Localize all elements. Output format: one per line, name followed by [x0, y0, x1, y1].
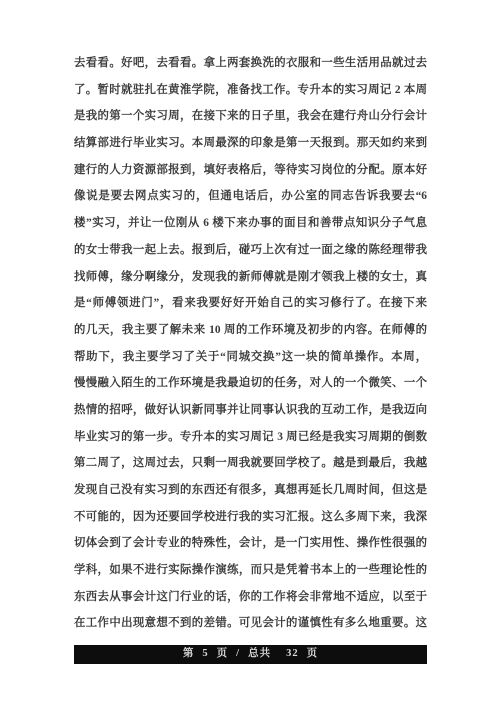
text-line: 慢慢融入陌生的工作环境是我最迫切的任务，对人的一个微笑、一个	[74, 370, 427, 397]
text-line: 帮助下，我主要学习了关于“同城交换”这一块的简单操作。本周，	[74, 344, 427, 371]
text-line: 是我的第一个实习周，在接下来的日子里，我会在建行舟山分行会计	[74, 103, 427, 130]
text-line: 不可能的，因为还要回学校进行我的实习汇报。这么多周下来，我深	[74, 504, 427, 531]
text-line: 东西去从事会计这门行业的话，你的工作将会非常地不适应，以至于	[74, 584, 427, 611]
text-line: 是“师傅领进门”，看来我要好好开始自己的实习修行了。在接下来	[74, 290, 427, 317]
text-line: 的女士带我一起上去。报到后，碰巧上次有过一面之缘的陈经理带我	[74, 237, 427, 264]
text-line: 毕业实习的第一步。专升本的实习周记 3 周已经是我实习周期的倒数	[74, 424, 427, 451]
page-separator: /	[236, 649, 240, 660]
text-line: 去看看。好吧，去看看。拿上两套换洗的衣服和一些生活用品就过去	[74, 50, 427, 77]
total-label: 总共	[248, 649, 271, 660]
text-line: 找师傅，缘分啊缘分，发现我的新师傅就是刚才领我上楼的女士，真	[74, 264, 427, 291]
text-line: 发现自己没有实习到的东西还有很多，真想再延长几周时间，但这是	[74, 477, 427, 504]
page-prefix-label: 第	[183, 649, 195, 660]
total-page-number: 32	[286, 649, 299, 660]
text-line: 了。暂时就驻扎在黄淮学院，准备找工作。专升本的实习周记 2 本周	[74, 77, 427, 104]
text-line: 的几天，我主要了解未来 10 周的工作环境及初步的内容。在师傅的	[74, 317, 427, 344]
current-page-number: 5	[202, 649, 208, 660]
page-number-bar: 第 5 页 / 总共 32 页	[74, 645, 427, 664]
text-line: 切体会到了会计专业的特殊性，会计，是一门实用性、操作性很强的	[74, 530, 427, 557]
document-page: 去看看。好吧，去看看。拿上两套换洗的衣服和一些生活用品就过去了。暂时就驻扎在黄淮…	[0, 0, 500, 707]
text-line: 结算部进行毕业实习。本周最深的印象是第一天报到。那天如约来到	[74, 130, 427, 157]
text-line: 楼”实习，并让一位刚从 6 楼下来办事的面目和善带点知识分子气息	[74, 210, 427, 237]
text-line: 在工作中出现意想不到的差错。可见会计的谨慎性有多么地重要。这	[74, 610, 427, 637]
text-line: 建行的人力资源部报到，填好表格后，等待实习岗位的分配。原本好	[74, 157, 427, 184]
text-line: 第二周了，这周过去，只剩一周我就要回学校了。越是到最后，我越	[74, 450, 427, 477]
text-line: 热情的招呼，做好认识新同事并让同事认识我的互动工作，是我迈向	[74, 397, 427, 424]
text-line: 像说是要去网点实习的，但通电话后，办公室的同志告诉我要去“6	[74, 183, 427, 210]
page-label-2: 页	[307, 649, 319, 660]
text-line: 学科，如果不进行实际操作演练，而只是凭着书本上的一些理论性的	[74, 557, 427, 584]
page-label: 页	[217, 649, 229, 660]
document-body: 去看看。好吧，去看看。拿上两套换洗的衣服和一些生活用品就过去了。暂时就驻扎在黄淮…	[74, 50, 427, 637]
